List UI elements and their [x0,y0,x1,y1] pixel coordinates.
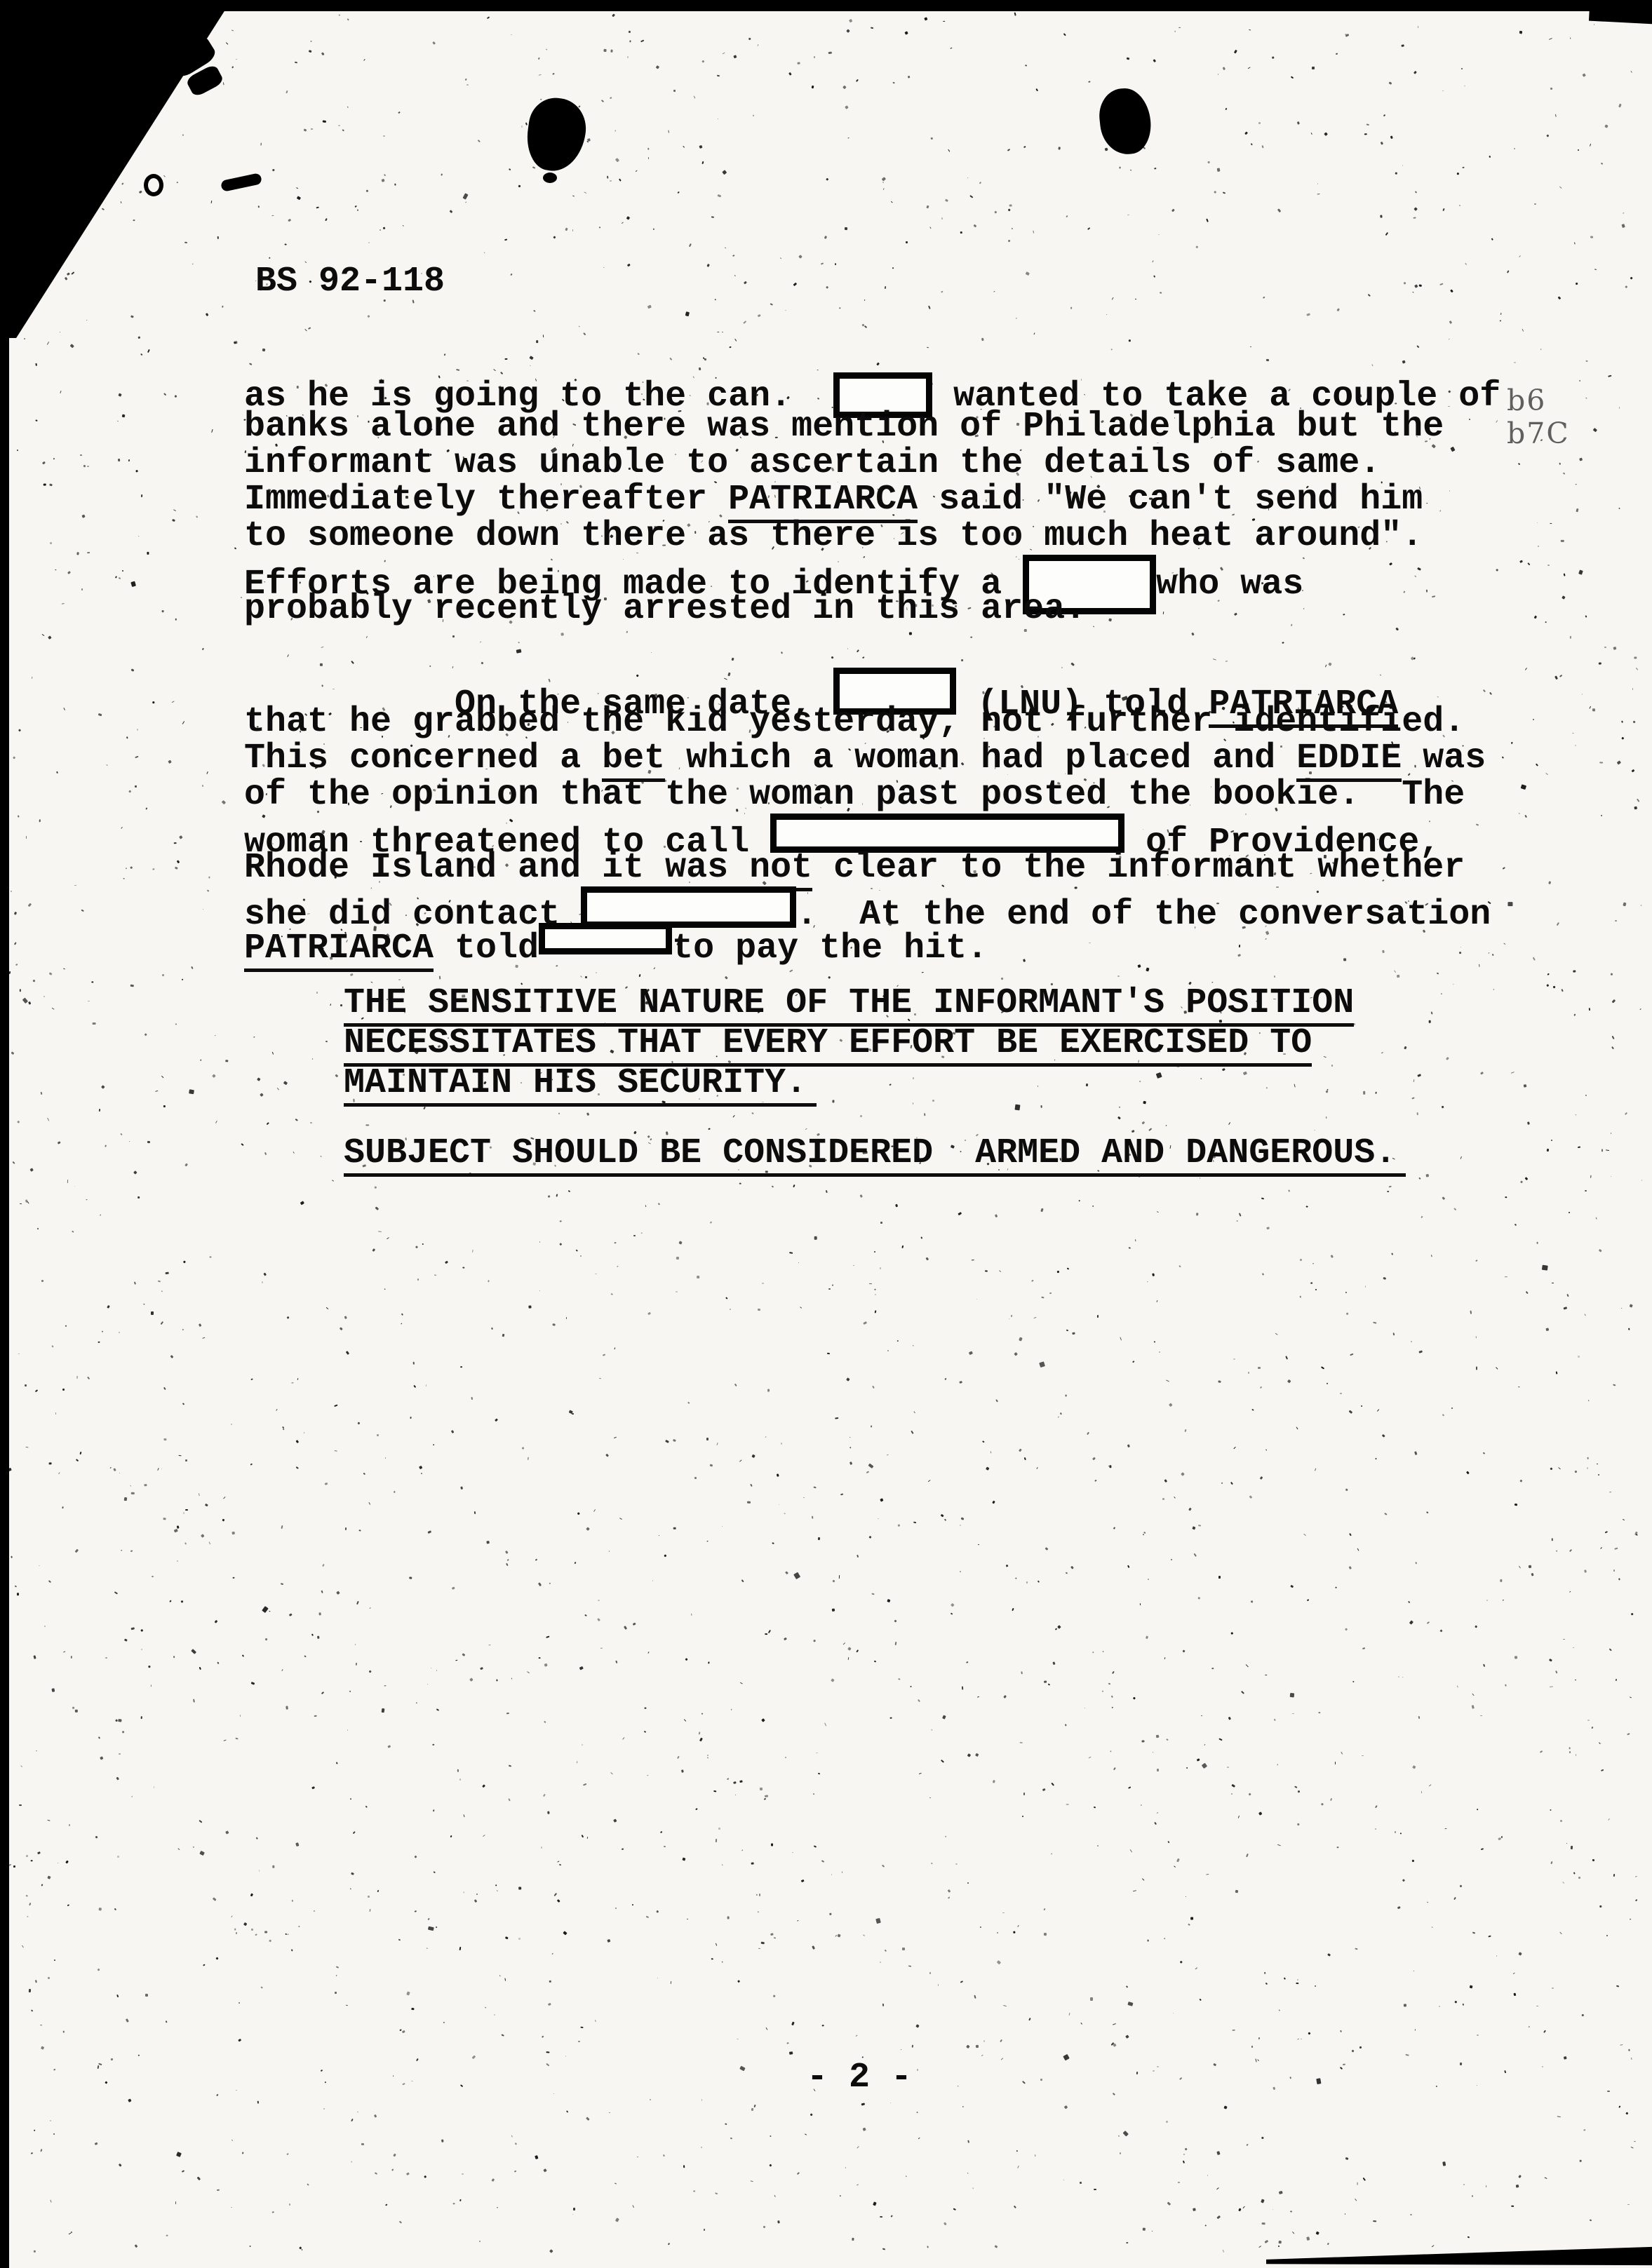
text-run: clear to the informant whether [812,848,1465,888]
text-line: Immediately thereafter PATRIARCA said "W… [244,482,1500,518]
text-line: probably recently arrested in this area. [244,591,1500,628]
underlined-text: NECESSITATES THAT EVERY EFFORT BE EXERCI… [344,1023,1312,1067]
text-line: Rhode Island and it was not clear to the… [244,850,1491,886]
text-run: to pay the hit. [672,929,988,968]
page-number: - 2 - [807,2060,912,2096]
text-run: of the opinion that the woman past poste… [244,775,1465,815]
text-line: to someone down there as there is too mu… [244,518,1500,555]
ink-mark-ring [144,174,163,196]
text-run: said "We can't send him [918,480,1423,520]
armed-dangerous-warning: SUBJECT SHOULD BE CONSIDERED ARMED AND D… [344,1133,1406,1173]
text-run: Immediately thereafter [244,480,728,520]
text-line: THE SENSITIVE NATURE OF THE INFORMANT'S … [344,983,1354,1023]
text-line: banks alone and there was mention of Phi… [244,409,1500,445]
file-number: BS 92-118 [255,264,445,300]
text-run: which a woman had placed and [665,738,1296,778]
security-warning: THE SENSITIVE NATURE OF THE INFORMANT'S … [344,983,1354,1103]
text-run: to someone down there as there is too [244,516,1044,556]
text-run: told [434,929,539,968]
text-run: probably recently arrested in this area. [244,589,1086,629]
text-run: who was [1156,565,1303,605]
underlined-text: PATRIARCA [244,929,434,972]
text-line: that he grabbed the kid yesterday, not f… [244,704,1491,741]
text-run: This concerned a [244,738,602,778]
document-content: BS 92-118 b6 b7C - 2 - as he is going to… [0,0,1652,2268]
text-line: as he is going to the can. wanted to tak… [244,372,1500,409]
redaction-box [581,886,796,928]
scan-edge-top-band [0,0,1652,11]
exemption-code-b7c: b7C [1507,417,1570,450]
text-run: heat around". [1128,516,1423,556]
scan-edge-bottom-wedge [1266,2246,1652,2268]
foia-exemption-codes: b6 b7C [1507,384,1570,450]
text-line: informant was unable to ascertain the de… [244,445,1500,482]
text-line: NECESSITATES THAT EVERY EFFORT BE EXERCI… [344,1023,1354,1063]
underlined-text: MAINTAIN HIS SECURITY. [344,1063,817,1107]
scan-edge-left-band [0,0,9,2268]
underlined-text: was not [665,848,812,891]
text-line: woman threatened to call of Providence, [244,814,1491,850]
text-line: MAINTAIN HIS SECURITY. [344,1063,1354,1103]
underlined-text: much [1044,516,1128,560]
text-line: she did contact . At the end of the conv… [244,886,1491,923]
underlined-text: SUBJECT SHOULD BE CONSIDERED ARMED AND D… [344,1133,1406,1177]
redaction-box [539,923,672,954]
text-line: On the same date, (LNU) told PATRIARCA [244,668,1491,704]
text-run: was [1402,738,1486,778]
exemption-code-b6: b6 [1507,384,1570,417]
text-run: that he grabbed the kid yesterday, not f… [244,702,1465,742]
text-line: of the opinion that the woman past poste… [244,777,1491,814]
text-run: informant was unable to ascertain the de… [244,443,1381,483]
redaction-box [770,814,1124,853]
scanned-document-page: BS 92-118 b6 b7C - 2 - as he is going to… [0,0,1652,2268]
paragraph-2: On the same date, (LNU) told PATRIARCAth… [244,668,1491,959]
underlined-text: THE SENSITIVE NATURE OF THE INFORMANT'S … [344,983,1354,1027]
paragraph-1: as he is going to the can. wanted to tak… [244,372,1500,628]
text-line: Efforts are being made to identify a who… [244,555,1500,591]
text-run: Rhode Island and it [244,848,665,888]
scan-edge-top-right-chunk [1589,0,1652,24]
text-run: banks alone and there was mention of Phi… [244,407,1444,447]
text-line: This concerned a bet which a woman had p… [244,741,1491,777]
hole-punch-mark-tail [543,173,557,183]
text-line: SUBJECT SHOULD BE CONSIDERED ARMED AND D… [344,1133,1406,1173]
